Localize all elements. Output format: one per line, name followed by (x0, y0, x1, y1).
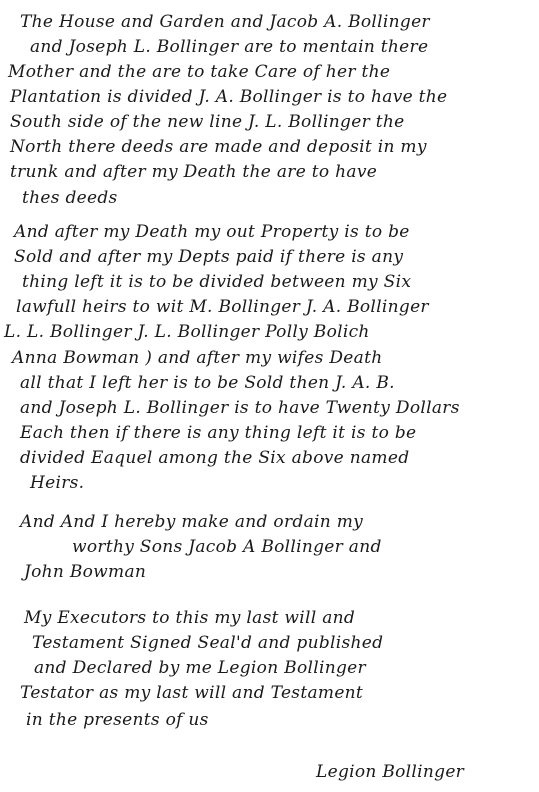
text-line: Testament Signed Seal'd and published (32, 633, 383, 653)
text-line: lawfull heirs to wit M. Bollinger J. A. … (16, 297, 429, 317)
text-line: all that I left her is to be Sold then J… (20, 373, 395, 393)
text-line: and Joseph L. Bollinger are to mentain t… (30, 37, 428, 57)
text-line: L. L. Bollinger J. L. Bollinger Polly Bo… (4, 322, 370, 342)
testator-signature: Legion Bollinger (316, 762, 464, 782)
text-line: Sold and after my Depts paid if there is… (14, 247, 403, 267)
text-line: trunk and after my Death the are to have (10, 162, 377, 182)
text-line: Heirs. (30, 473, 84, 493)
text-line: Anna Bowman ) and after my wifes Death (12, 348, 382, 368)
text-line: And And I hereby make and ordain my (20, 512, 363, 532)
text-line: Plantation is divided J. A. Bollinger is… (10, 87, 447, 107)
text-line: My Executors to this my last will and (24, 608, 355, 628)
text-line: and Declared by me Legion Bollinger (34, 658, 366, 678)
text-line: Each then if there is any thing left it … (20, 423, 416, 443)
handwritten-will-page: The House and Garden and Jacob A. Bollin… (0, 0, 539, 792)
text-line: thing left it is to be divided between m… (22, 272, 411, 292)
text-line: And after my Death my out Property is to… (14, 222, 410, 242)
text-line: thes deeds (22, 188, 118, 208)
text-line: in the presents of us (26, 710, 209, 730)
text-line: divided Eaquel among the Six above named (20, 448, 409, 468)
text-line: Testator as my last will and Testament (20, 683, 363, 703)
text-line: and Joseph L. Bollinger is to have Twent… (20, 398, 460, 418)
text-line: North there deeds are made and deposit i… (10, 137, 427, 157)
text-line: The House and Garden and Jacob A. Bollin… (20, 12, 430, 32)
text-line: John Bowman (24, 562, 146, 582)
text-line: South side of the new line J. L. Bolling… (10, 112, 404, 132)
text-line: Mother and the are to take Care of her t… (8, 62, 390, 82)
text-line: worthy Sons Jacob A Bollinger and (72, 537, 382, 557)
